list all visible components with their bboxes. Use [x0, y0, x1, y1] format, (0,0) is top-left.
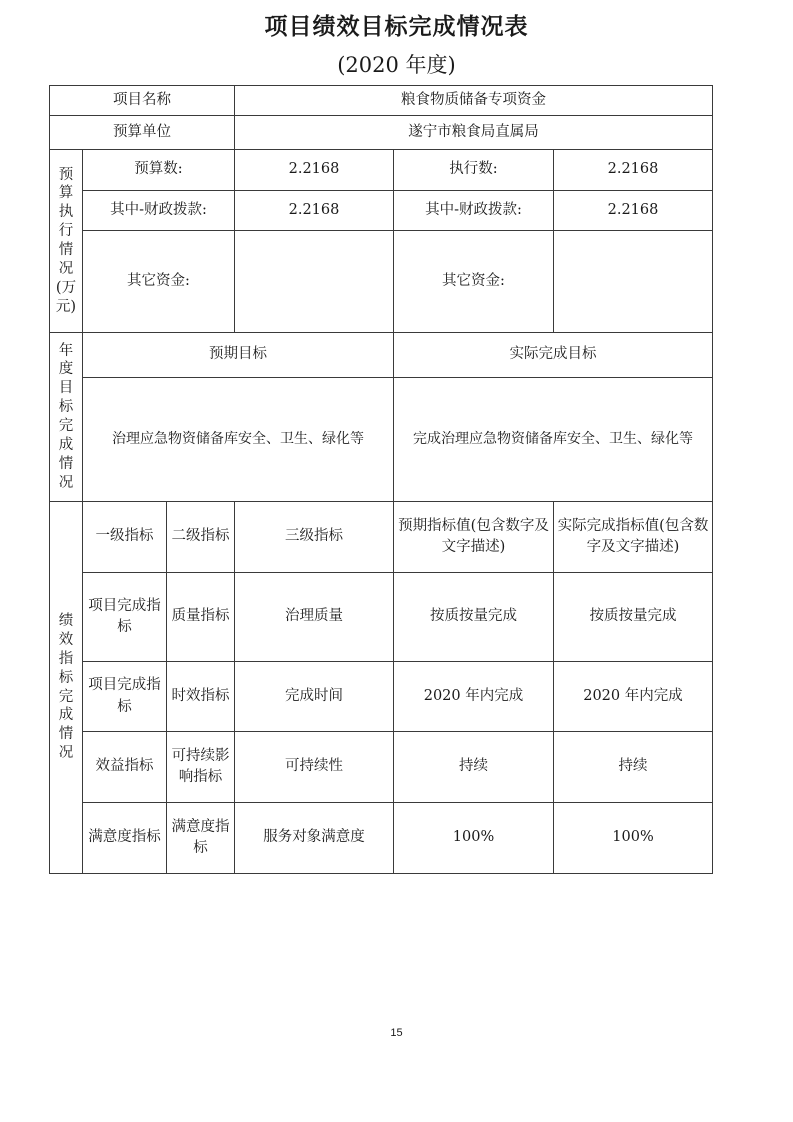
budget-count-value: 2.2168: [234, 149, 394, 191]
section-char: 成: [59, 706, 74, 725]
header-level1: 一级指标: [82, 501, 167, 573]
section-char: 成: [59, 436, 74, 455]
section-char: 算: [59, 184, 74, 203]
header-level3: 三级指标: [234, 501, 394, 573]
executed-count-label: 执行数:: [393, 149, 554, 191]
executed-count-value: 2.2168: [553, 149, 713, 191]
project-name-label: 项目名称: [49, 85, 235, 116]
row-level2: 质量指标: [166, 572, 235, 662]
row-level1: 项目完成指标: [82, 661, 167, 732]
section-char: 情: [59, 455, 74, 474]
row-level1: 效益指标: [82, 731, 167, 803]
fiscal-allocation-value-left: 2.2168: [234, 190, 394, 231]
section-char: 度: [59, 360, 74, 379]
row-expected: 100%: [393, 802, 554, 874]
project-name-value: 粮食物质储备专项资金: [234, 85, 713, 116]
section-char: 情: [59, 241, 74, 260]
row-actual: 持续: [553, 731, 713, 803]
fiscal-allocation-value-right: 2.2168: [553, 190, 713, 231]
annual-goals-section-label: 年 度 目 标 完 成 情 况: [49, 332, 83, 502]
row-actual: 按质按量完成: [553, 572, 713, 662]
section-char: 效: [59, 631, 74, 650]
budget-unit-label: 预算单位: [49, 115, 235, 150]
row-level3: 完成时间: [234, 661, 394, 732]
section-char: 行: [59, 222, 74, 241]
section-char: 元): [56, 298, 76, 317]
row-level2: 满意度指标: [166, 802, 235, 874]
section-char: 情: [59, 725, 74, 744]
row-level3: 可持续性: [234, 731, 394, 803]
row-actual: 100%: [553, 802, 713, 874]
section-char: 完: [59, 417, 74, 436]
actual-goal-value: 完成治理应急物资储备库安全、卫生、绿化等: [393, 377, 713, 502]
other-funds-label-right: 其它资金:: [393, 230, 554, 333]
section-char: 目: [59, 379, 74, 398]
header-expected: 预期指标值(包含数字及文字描述): [393, 501, 554, 573]
row-expected: 按质按量完成: [393, 572, 554, 662]
row-expected: 持续: [393, 731, 554, 803]
document-subtitle: (2020 年度): [0, 49, 793, 79]
row-level1: 项目完成指标: [82, 572, 167, 662]
row-level2: 可持续影响指标: [166, 731, 235, 803]
fiscal-allocation-label-right: 其中-财政拨款:: [393, 190, 554, 231]
budget-unit-value: 遂宁市粮食局直属局: [234, 115, 713, 150]
section-char: 况: [59, 744, 74, 763]
header-level2: 二级指标: [166, 501, 235, 573]
budget-execution-section-label: 预 算 执 行 情 况 (万 元): [49, 149, 83, 333]
section-char: 况: [59, 260, 74, 279]
performance-section-label: 绩 效 指 标 完 成 情 况: [49, 501, 83, 874]
section-char: 绩: [59, 612, 74, 631]
other-funds-value-right: [553, 230, 713, 333]
header-actual: 实际完成指标值(包含数字及文字描述): [553, 501, 713, 573]
expected-goal-value: 治理应急物资储备库安全、卫生、绿化等: [82, 377, 394, 502]
actual-goal-header: 实际完成目标: [393, 332, 713, 378]
section-char: 标: [59, 669, 74, 688]
section-char: 年: [59, 342, 74, 361]
expected-goal-header: 预期目标: [82, 332, 394, 378]
other-funds-label-left: 其它资金:: [82, 230, 235, 333]
section-char: (万: [56, 279, 76, 298]
section-char: 况: [59, 474, 74, 493]
budget-count-label: 预算数:: [82, 149, 235, 191]
row-expected: 2020 年内完成: [393, 661, 554, 732]
section-char: 执: [59, 203, 74, 222]
page-number: 15: [0, 1027, 793, 1039]
document-title: 项目绩效目标完成情况表: [0, 8, 793, 41]
row-level1: 满意度指标: [82, 802, 167, 874]
row-actual: 2020 年内完成: [553, 661, 713, 732]
section-char: 预: [59, 166, 74, 185]
row-level3: 服务对象满意度: [234, 802, 394, 874]
section-char: 完: [59, 688, 74, 707]
other-funds-value-left: [234, 230, 394, 333]
row-level3: 治理质量: [234, 572, 394, 662]
fiscal-allocation-label-left: 其中-财政拨款:: [82, 190, 235, 231]
section-char: 指: [59, 650, 74, 669]
section-char: 标: [59, 398, 74, 417]
row-level2: 时效指标: [166, 661, 235, 732]
